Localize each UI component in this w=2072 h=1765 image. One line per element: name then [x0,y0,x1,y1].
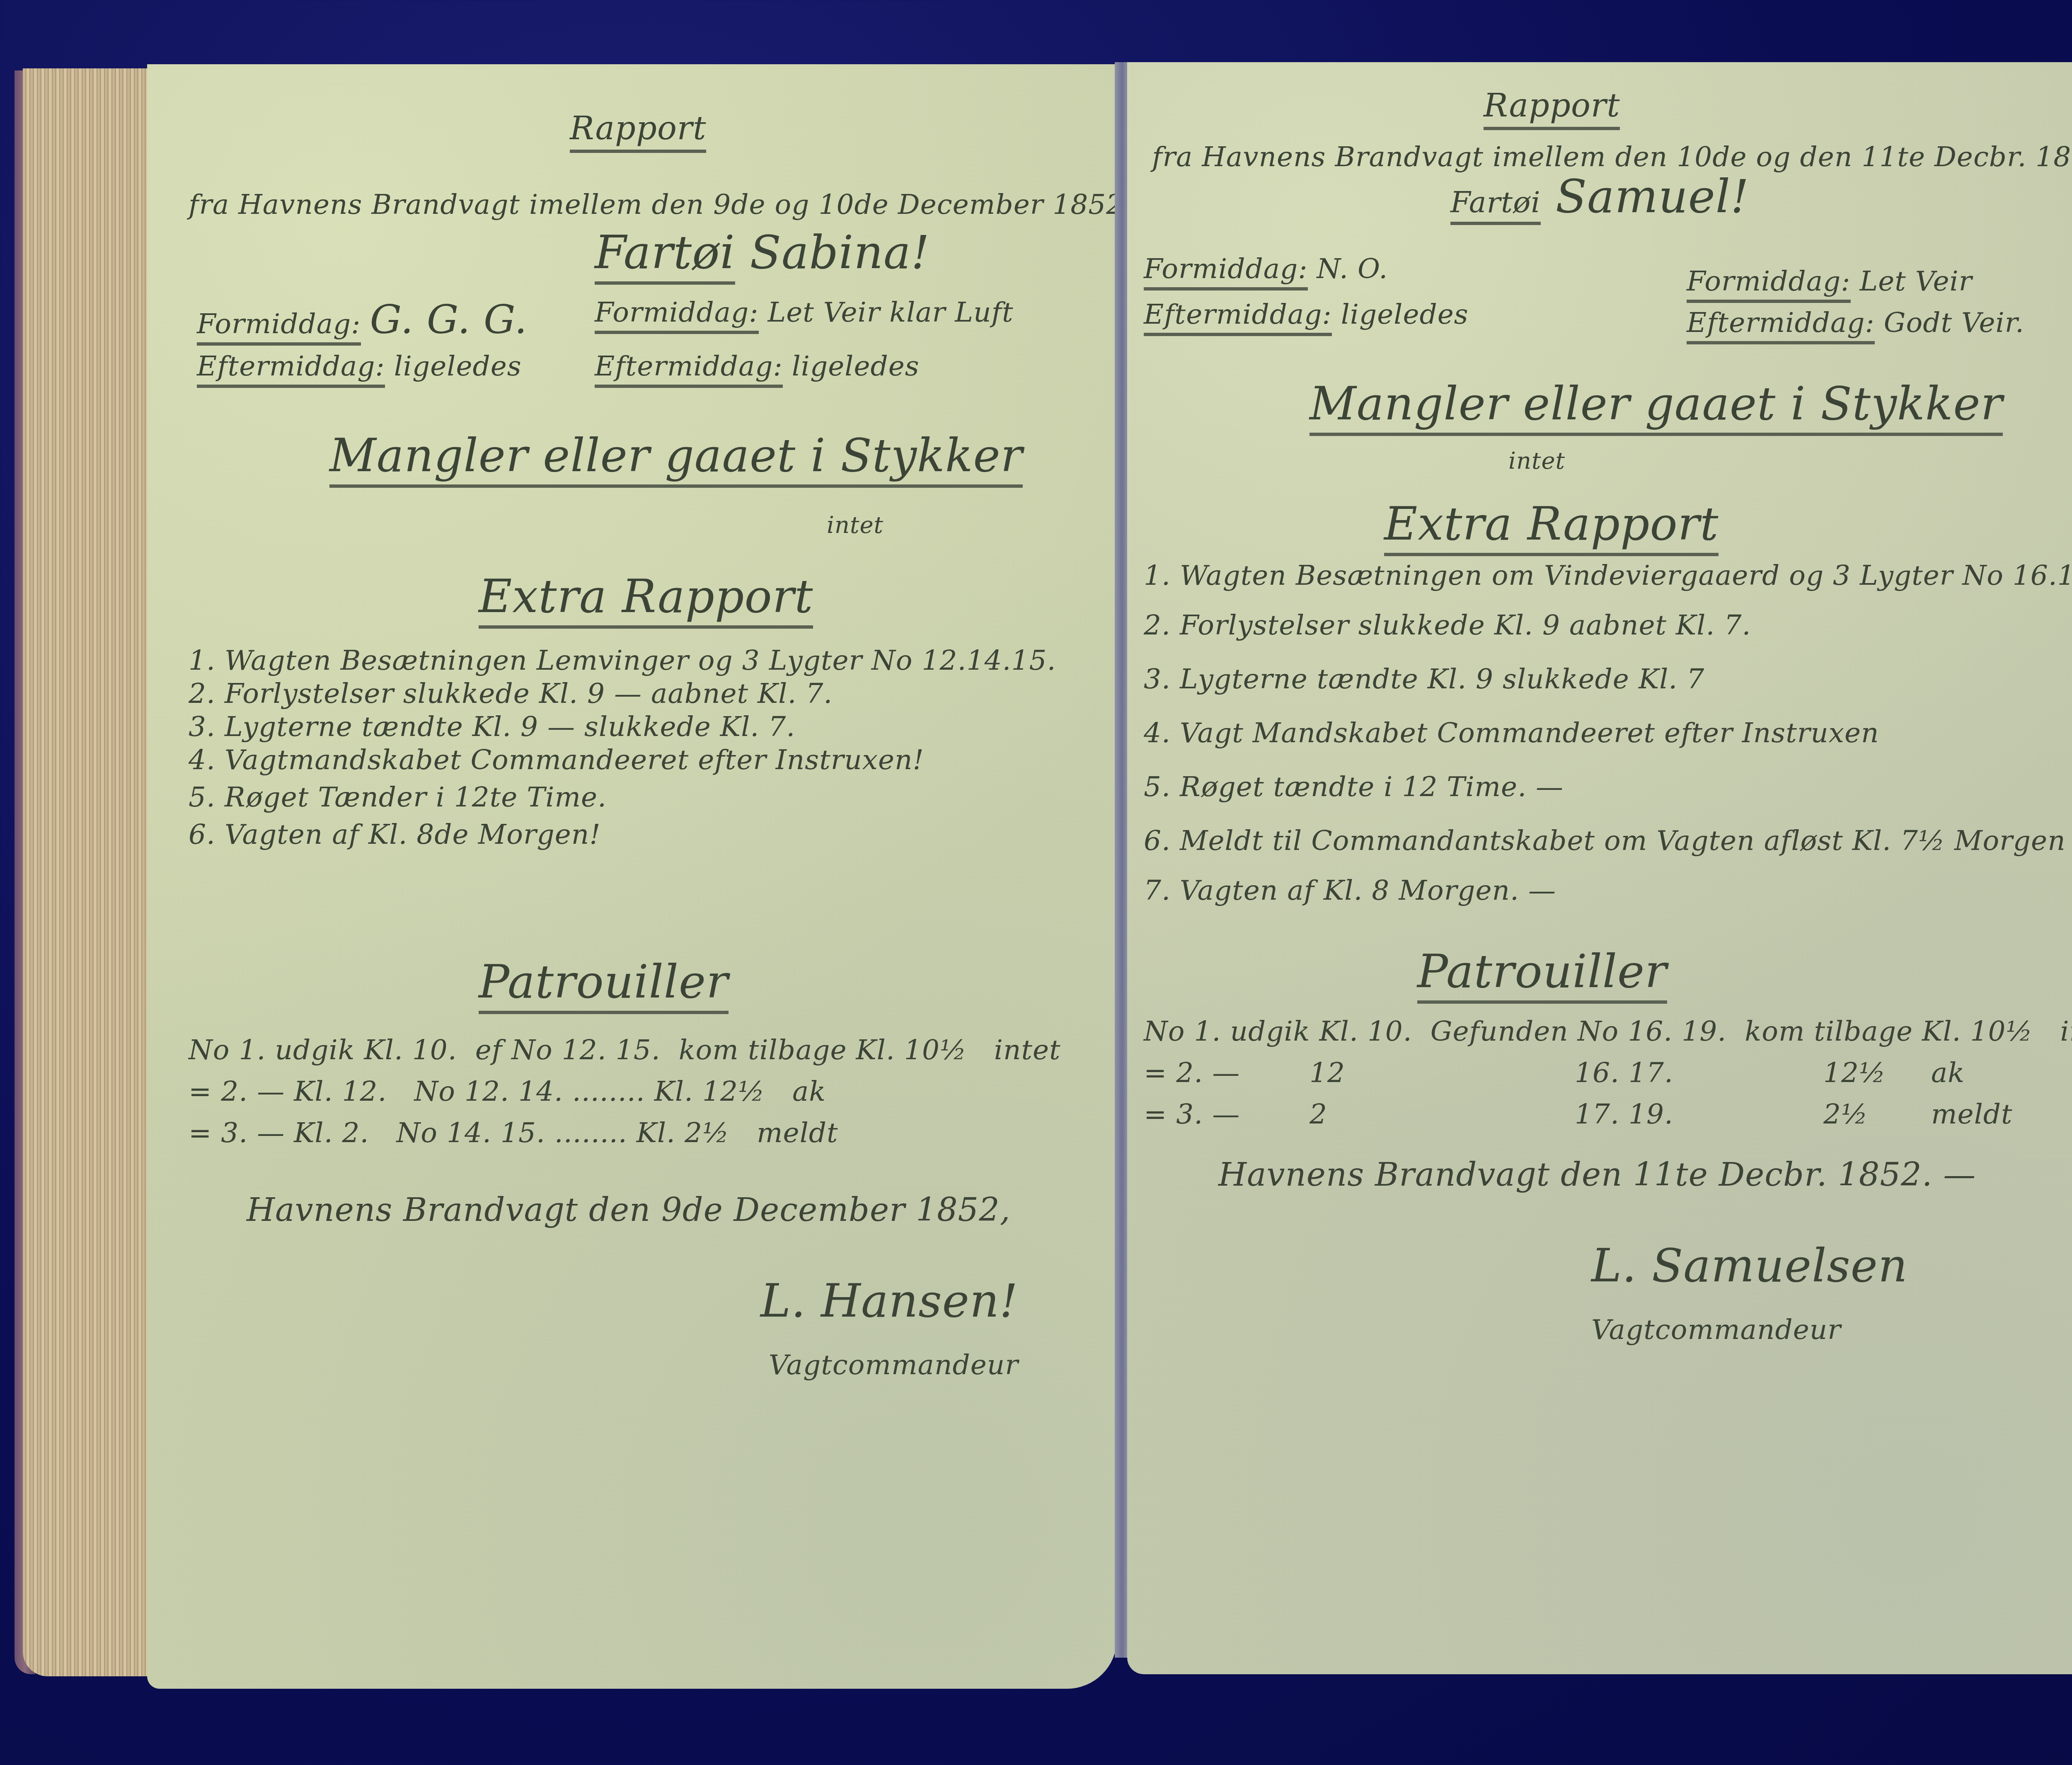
text-fragment: 7. [1144,874,1171,906]
text-fragment: Vagt Mandskabet Commandeeret efter Instr… [1180,717,1879,749]
text-fragment: ligeledes [394,350,522,382]
text-fragment: kom tilbage Kl. 10½ [679,1034,967,1066]
text-fragment: Eftermiddag: [1144,298,1332,336]
defects-value: intet [1508,448,1565,475]
extra-report-heading: Extra Rapport [479,570,813,629]
list-item: 1. Wagten Besætningen Lemvinger og 3 Lyg… [189,644,1056,676]
text-fragment: intet [994,1034,1061,1066]
text-fragment: 2. [189,678,215,709]
text-fragment: Let Veir klar Luft [767,296,1013,328]
report-intro: fra Havnens Brandvagt imellem den 9de og… [189,189,1133,220]
weather-left-afternoon: Eftermiddag: ligeledes [197,350,522,382]
text-fragment: 16. 17. [1575,1057,1673,1089]
weather-left-afternoon: Eftermiddag: ligeledes [1144,298,1469,330]
weather-left-morning: Formiddag: G. G. G. [197,296,528,343]
text-fragment: Let Veir [1859,265,1972,297]
text-fragment: 5. [189,781,215,813]
ship-label: Fartøi [595,226,735,285]
text-fragment: kom tilbage Kl. 10½ [1745,1015,2033,1047]
list-item: 5. Røget tændte i 12 Time. — [1144,771,1564,803]
signature-title: Vagtcommandeur [1591,1314,1841,1346]
text-fragment: Vagten af Kl. 8 Morgen. — [1180,874,1556,906]
table-row: No 1. udgik Kl. 10. ef No 12. 15. kom ti… [189,1034,1061,1066]
text-fragment: Eftermiddag: [595,350,783,388]
text-fragment: 6. [189,818,215,850]
text-fragment: Meldt til Commandantskabet om Vagten afl… [1180,825,2066,857]
weather-right-morning: Formiddag: Let Veir [1687,265,1972,297]
list-item: 3. Lygterne tændte Kl. 9 slukkede Kl. 7 [1144,663,1704,695]
text-fragment: No 1. udgik Kl. 10. [1144,1015,1412,1047]
text-fragment: No 12. 14. [414,1075,563,1107]
list-item: 3. Lygterne tændte Kl. 9 — slukkede Kl. … [189,711,795,743]
text-fragment: Godt Veir. [1884,307,2024,339]
ship-label: Fartøi [1450,185,1541,225]
text-fragment: 1. [189,644,215,676]
report-title: Rapport [570,110,706,153]
closing-line: Havnens Brandvagt den 11te Decbr. 1852. … [1218,1156,1976,1194]
text-fragment: 2. [1144,609,1171,641]
patrols-heading: Patrouiller [1417,945,1667,1004]
text-fragment: = 3. — Kl. 2. [189,1117,369,1149]
text-fragment: = 2. — [1144,1057,1240,1089]
text-fragment: 5. [1144,771,1171,803]
weather-right-afternoon: Eftermiddag: Godt Veir. [1687,307,2024,339]
text-fragment: Eftermiddag: [197,350,385,388]
text-fragment: 4. [1144,717,1171,749]
text-fragment: Røget tændte i 12 Time. — [1180,771,1564,803]
text-fragment: 17. 19. [1575,1098,1673,1130]
right-page: Rapport fra Havnens Brandvagt imellem de… [1127,62,2072,1674]
text-fragment: Formiddag: [197,308,361,346]
text-fragment: No 1. udgik Kl. 10. [189,1034,457,1066]
text-fragment: Wagten Besætningen om Vindeviergaaerd og… [1180,559,2072,591]
ship-name: Samuel! [1556,170,1750,223]
text-fragment: intet [2060,1015,2072,1047]
list-item: 6. Meldt til Commandantskabet om Vagten … [1144,825,2066,857]
text-fragment: Lygterne tændte Kl. 9 — slukkede Kl. 7. [225,711,795,743]
text-fragment: Kl. 2½ [637,1117,729,1149]
text-fragment: = 3. — [1144,1098,1240,1130]
text-fragment: 12½ [1823,1057,1886,1089]
list-item: 7. Vagten af Kl. 8 Morgen. — [1144,874,1556,906]
left-page-stack [23,68,149,1676]
text-fragment: Kl. 12½ [654,1075,765,1107]
text-fragment: ef No 12. 15. [475,1034,661,1066]
table-row: = 3. — 2 17. 19. 2½ meldt [1144,1098,1240,1130]
ship-heading: Fartøi Samuel! [1450,170,1749,223]
text-fragment: 2 [1310,1098,1327,1130]
list-item: 1. Wagten Besætningen om Vindeviergaaerd… [1144,559,2072,591]
text-fragment: ligeledes [1341,298,1469,330]
text-fragment: 4. [189,744,215,776]
ship-heading: Fartøi Sabina! [595,226,930,279]
text-fragment: meldt [1931,1098,2013,1130]
table-row: = 2. — 12 16. 17. 12½ ak [1144,1057,1240,1089]
text-fragment: 6. [1144,825,1171,857]
signature: L. Hansen! [760,1274,1018,1327]
weather-right-morning: Formiddag: Let Veir klar Luft [595,296,1013,328]
text-fragment: G. G. G. [370,296,527,343]
text-fragment: 3. [189,711,215,743]
list-item: 4. Vagtmandskabet Commandeeret efter Ins… [189,744,924,776]
defects-heading: Mangler eller gaaet i Stykker [1310,377,2003,436]
text-fragment: Gefunden No 16. 19. [1431,1015,1726,1047]
table-row: No 1. udgik Kl. 10. Gefunden No 16. 19. … [1144,1015,2072,1047]
text-fragment: N. O. [1317,253,1388,285]
text-fragment: Røget Tænder i 12te Time. [225,781,607,813]
text-fragment: 3. [1144,663,1171,695]
text-fragment: meldt [757,1117,838,1149]
ship-name: Sabina! [750,226,930,279]
text-fragment: No 14. 15. [397,1117,545,1149]
closing-line: Havnens Brandvagt den 9de December 1852, [247,1191,1011,1229]
signature-title: Vagtcommandeur [769,1349,1019,1381]
text-fragment: Vagten af Kl. 8de Morgen! [225,818,601,850]
left-page: Rapport fra Havnens Brandvagt imellem de… [147,64,1117,1689]
text-fragment: Eftermiddag: [1687,307,1875,344]
text-fragment: Wagten Besætningen Lemvinger og 3 Lygter… [225,644,1056,676]
text-fragment: ak [1931,1057,1965,1089]
text-fragment: = 2. — Kl. 12. [189,1075,387,1107]
list-item: 5. Røget Tænder i 12te Time. [189,781,607,813]
signature: L. Samuelsen [1591,1239,1908,1292]
table-row: = 3. — Kl. 2. No 14. 15. ........ Kl. 2½… [189,1117,838,1149]
defects-value: intet [827,512,884,539]
weather-left-morning: Formiddag: N. O. [1144,253,1388,285]
text-fragment: Forlystelser slukkede Kl. 9 aabnet Kl. 7… [1180,609,1751,641]
weather-right-afternoon: Eftermiddag: ligeledes [595,350,920,382]
text-fragment: 12 [1310,1057,1345,1089]
table-row: = 2. — Kl. 12. No 12. 14. ........ Kl. 1… [189,1075,826,1107]
list-item: 2. Forlystelser slukkede Kl. 9 aabnet Kl… [1144,609,1751,641]
list-item: 4. Vagt Mandskabet Commandeeret efter In… [1144,717,1879,749]
patrols-heading: Patrouiller [479,955,729,1014]
text-fragment: Vagtmandskabet Commandeeret efter Instru… [225,744,924,776]
report-title: Rapport [1484,87,1620,130]
defects-heading: Mangler eller gaaet i Stykker [329,429,1023,488]
extra-report-heading: Extra Rapport [1384,497,1719,556]
text-fragment: Forlystelser slukkede Kl. 9 — aabnet Kl.… [225,678,833,709]
text-fragment: Formiddag: [1144,253,1308,291]
open-ledger-book: Rapport fra Havnens Brandvagt imellem de… [0,0,2072,1765]
text-fragment: 1. [1144,559,1171,591]
text-fragment: ak [792,1075,826,1107]
list-item: 2. Forlystelser slukkede Kl. 9 — aabnet … [189,678,833,709]
list-item: 6. Vagten af Kl. 8de Morgen! [189,818,601,850]
text-fragment: Lygterne tændte Kl. 9 slukkede Kl. 7 [1180,663,1704,695]
text-fragment: Formiddag: [595,296,759,334]
text-fragment: Formiddag: [1687,265,1851,303]
text-fragment: 2½ [1823,1098,1868,1130]
text-fragment: ligeledes [792,350,920,382]
report-intro: fra Havnens Brandvagt imellem den 10de o… [1152,141,2072,173]
